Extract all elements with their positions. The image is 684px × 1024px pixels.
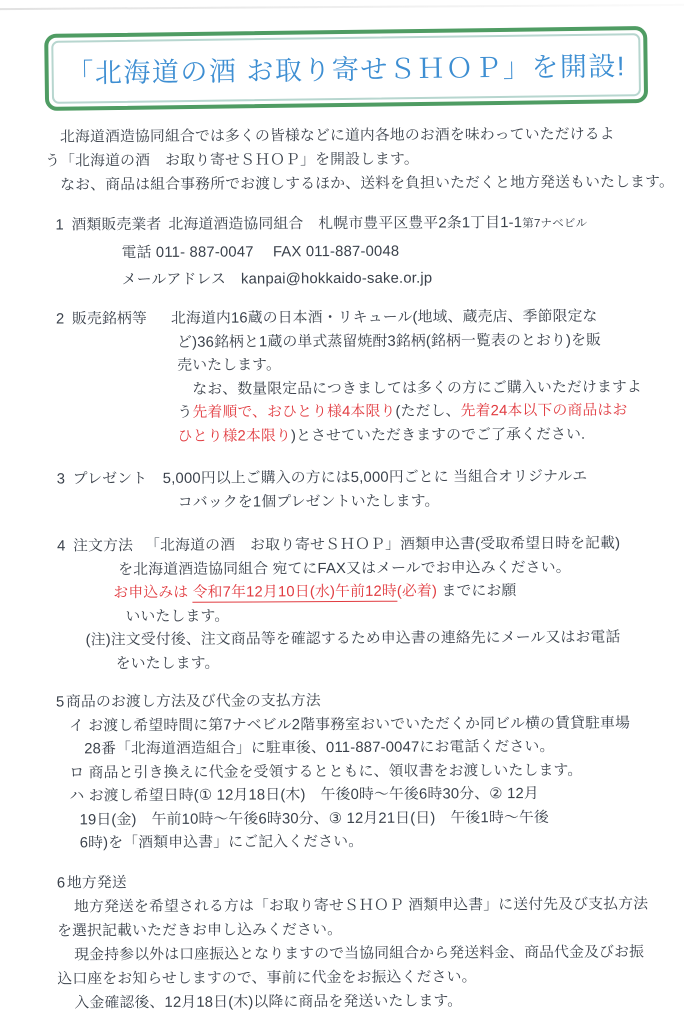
order-text: までにお願 — [437, 583, 516, 599]
order-heading-line: 4注文方法「北海道の酒 お取り寄せＳＨＯＰ」酒類申込書(受取希望日時を記載) — [47, 532, 650, 559]
section-label: 酒類販売業者 — [71, 212, 168, 240]
handover-item-ha-line: 6時)を「酒類申込書」にご記入ください。 — [49, 829, 652, 856]
present-heading-line: 3プレゼント5,000円以上ご購入の方には5,000円ごとに 当組合オリジナルエ — [47, 465, 650, 492]
brands-line: ど)36銘柄と1蔵の単式蒸留焼酎3銘柄(銘柄一覧表のとおり)を販 — [46, 329, 649, 356]
present-text: 5,000円以上ご購入の方には5,000円ごとに 当組合オリジナルエ — [163, 469, 588, 487]
section-number: 2 — [46, 308, 72, 332]
section-shipping: 6地方発送 地方発送を希望される方は「お取り寄せＳＨＯＰ 酒類申込書」に送付先及… — [49, 868, 653, 1015]
section-seller: 1酒類販売業者北海道酒造協同組合 札幌市豊平区豊平2条1丁目1-1第7ナベビル … — [45, 209, 648, 294]
section-number: 3 — [47, 468, 73, 492]
order-text: 「北海道の酒 お取り寄せＳＨＯＰ」酒類申込書(受取希望日時を記載) — [145, 536, 620, 554]
handover-item-ha-line: ハ お渡し希望日時(① 12月18日(木) 午後0時〜午後6時30分、② 12月 — [48, 782, 651, 809]
present-line: コバックを1個プレゼントいたします。 — [47, 489, 650, 516]
brands-limit-line: う先着順で、おひとり様4本限り(ただし、先着24本以下の商品はお — [46, 399, 649, 426]
shipping-line: 地方発送を希望される方は「お取り寄せＳＨＯＰ 酒類申込書」に送付先及び支払方法 — [49, 892, 652, 919]
seller-heading-line: 1酒類販売業者北海道酒造協同組合 札幌市豊平区豊平2条1丁目1-1第7ナベビル — [45, 209, 648, 240]
seller-building: 第7ナベビル — [522, 218, 587, 230]
section-number: 4 — [47, 535, 73, 559]
shipping-line: 入金確認後、12月18日(木)以降に商品を発送いたします。 — [49, 988, 652, 1015]
order-line: いいたします。 — [47, 603, 650, 630]
section-label: プレゼント — [73, 468, 163, 492]
intro-paragraph: 北海道酒造協同組合では多くの皆様などに道内各地のお酒を味わっていただけるよ う「… — [45, 122, 648, 197]
section-present: 3プレゼント5,000円以上ご購入の方には5,000円ごとに 当組合オリジナルエ… — [47, 465, 650, 515]
section-brands: 2販売銘柄等北海道内16蔵の日本酒・リキュール(地域、蔵売店、季節限定な ど)3… — [46, 305, 650, 449]
brands-text: 北海道内16蔵の日本酒・リキュール(地域、蔵売店、季節限定な — [171, 309, 598, 327]
intro-line: なお、商品は組合事務所でお渡しするほか、送料を負担いただくと地方発送もいたします… — [45, 170, 648, 197]
section-title: 地方発送 — [67, 875, 127, 891]
brands-line: 売いたします。 — [46, 352, 649, 379]
brands-line: なお、数量限定品につきましては多くの方にご購入いただけますよ — [46, 376, 649, 403]
section-label: 販売銘柄等 — [72, 308, 171, 332]
handover-item-ro-line: ロ 商品と引き換えに代金を受領するとともに、領収書をお渡しいたします。 — [48, 759, 651, 786]
deadline-prefix: お申込みは — [113, 585, 192, 601]
seller-address: 北海道酒造協同組合 札幌市豊平区豊平2条1丁目1-1 — [168, 215, 522, 233]
title-box-inner: 「北海道の酒 お取り寄せＳＨＯＰ」を開設! — [51, 33, 641, 104]
order-note-line: (注)注文受付後、注文商品等を確認するため申込書の連絡先にメール又はお電話 — [48, 626, 651, 653]
section-handover: 5商品のお渡し方法及び代金の支払方法 イ お渡し希望時間に第7ナベビル2階事務室… — [48, 688, 652, 856]
brands-text: )とさせていただきますのでご了承ください. — [291, 426, 585, 444]
shipping-line: を選択記載いただきお申し込みください。 — [49, 916, 652, 943]
deadline-date-underlined: 令和7年12月10日(水)午前12時 — [193, 584, 397, 603]
brands-limit-line: ひとり様2本限り)とさせていただきますのでご了承ください. — [46, 423, 649, 450]
title-box: 「北海道の酒 お取り寄せＳＨＯＰ」を開設! — [44, 26, 648, 111]
order-line: を北海道酒造協同組合 宛てにFAX又はメールでお申込みください。 — [47, 556, 650, 583]
handover-item-ha-line: 19日(金) 午前10時〜午後6時30分、③ 12月21日(日) 午後1時〜午後 — [49, 806, 652, 833]
brands-text: う — [177, 405, 192, 421]
limit-highlight: 先着24本以下の商品はお — [461, 403, 628, 420]
brands-heading-line: 2販売銘柄等北海道内16蔵の日本酒・リキュール(地域、蔵売店、季節限定な — [46, 305, 649, 332]
shipping-heading-line: 6地方発送 — [49, 868, 652, 895]
intro-line: う「北海道の酒 お取り寄せＳＨＯＰ」を開設します。 — [45, 146, 648, 173]
scan-artifact-line — [0, 4, 684, 10]
page-title: 「北海道の酒 お取り寄せＳＨＯＰ」を開設! — [66, 51, 626, 88]
section-label: 注文方法 — [73, 535, 145, 559]
deadline-note: (必着) — [397, 584, 437, 600]
section-title: 商品のお渡し方法及び代金の支払方法 — [66, 693, 321, 710]
section-number: 1 — [45, 212, 71, 239]
intro-line: 北海道酒造協同組合では多くの皆様などに道内各地のお酒を味わっていただけるよ — [45, 122, 648, 149]
order-note-line: をいたします。 — [48, 650, 651, 677]
limit-highlight: ひとり様2本限り — [178, 428, 292, 445]
brands-text: (ただし、 — [395, 403, 460, 419]
section-number: 5 — [48, 691, 66, 715]
document: 「北海道の酒 お取り寄せＳＨＯＰ」を開設! 北海道酒造協同組合では多くの皆様など… — [0, 28, 684, 1015]
seller-email-line: メールアドレス kanpai@hokkaido-sake.or.jp — [46, 264, 649, 294]
section-order: 4注文方法「北海道の酒 お取り寄せＳＨＯＰ」酒類申込書(受取希望日時を記載) を… — [47, 532, 651, 676]
handover-heading-line: 5商品のお渡し方法及び代金の支払方法 — [48, 688, 651, 715]
seller-phone-line: 電話 011- 887-0047 FAX 011-887-0048 — [46, 237, 649, 267]
shipping-line: 込口座をお知らせしますので、事前に代金をお振込ください。 — [49, 964, 652, 991]
shipping-line: 現金持参以外は口座振込となりますので当協同組合から発送料金、商品代金及びお振 — [49, 940, 652, 967]
order-deadline-line: お申込みは 令和7年12月10日(水)午前12時(必着) までにお願 — [47, 579, 650, 606]
handover-item-i-line: 28番「北海道酒造組合」に駐車後、011-887-0047にお電話ください。 — [48, 735, 651, 762]
section-number: 6 — [49, 871, 67, 895]
limit-highlight: 先着順で、おひとり様4本限り — [192, 404, 395, 421]
handover-item-i-line: イ お渡し希望時間に第7ナベビル2階事務室おいでいただくか同ビル横の賃貸駐車場 — [48, 712, 651, 739]
